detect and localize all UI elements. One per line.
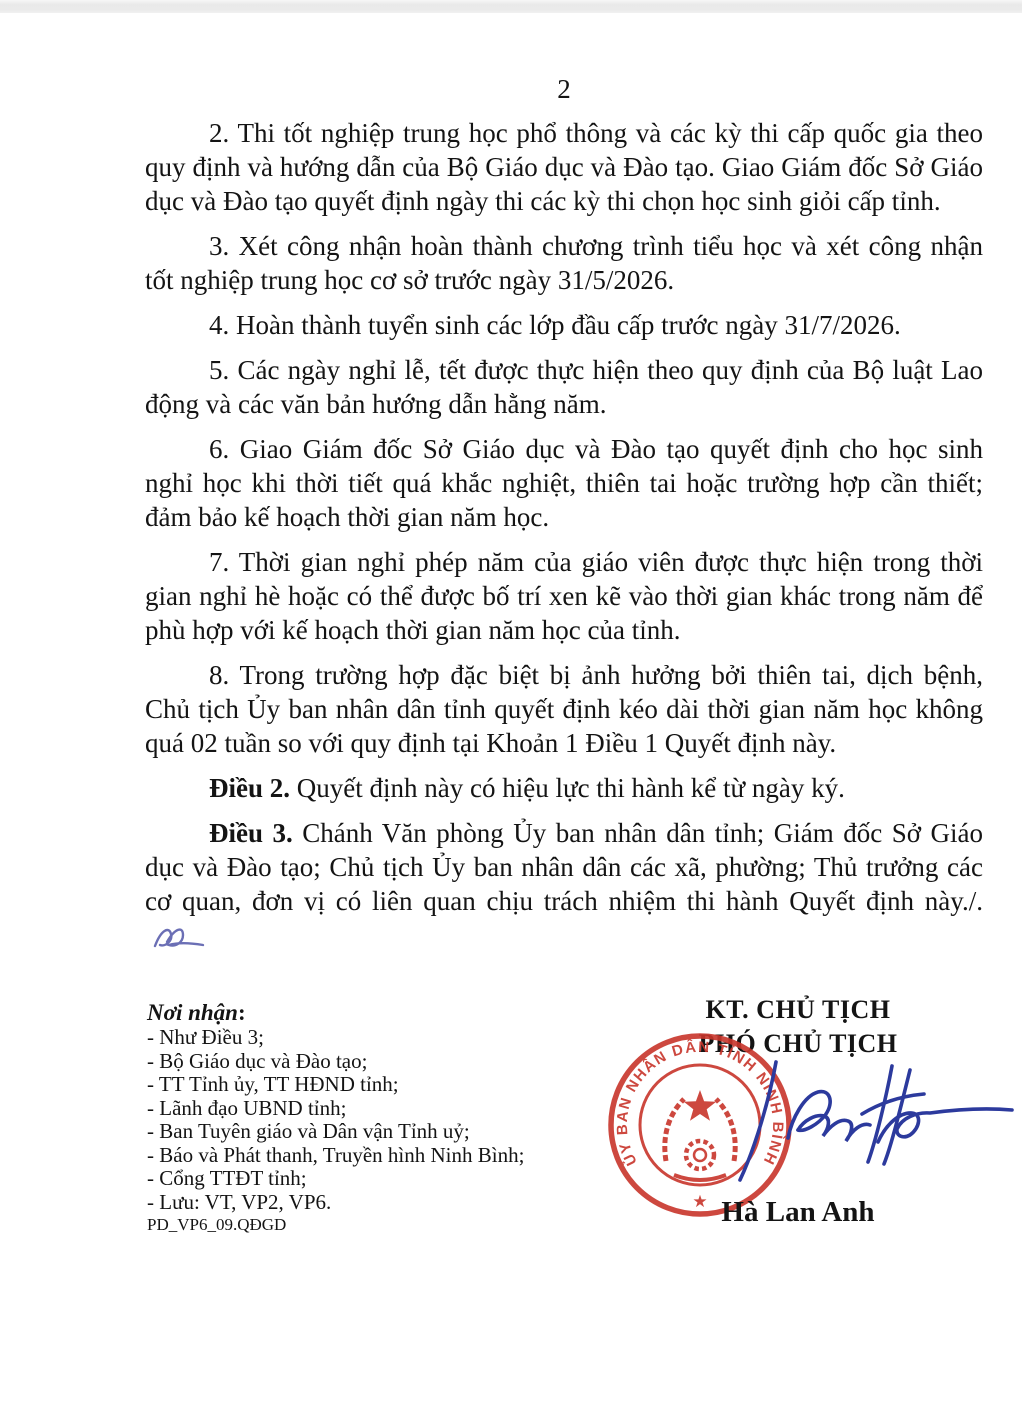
- document-body: 2 2. Thi tốt nghiệp trung học phổ thông …: [145, 73, 983, 952]
- article-3: Điều 3. Chánh Văn phòng Ủy ban nhân dân …: [145, 816, 983, 952]
- article-2: Điều 2. Quyết định này có hiệu lực thi h…: [145, 771, 983, 805]
- recipients-block: Nơi nhận: - Như Điều 3; - Bộ Giáo dục và…: [147, 994, 592, 1274]
- signer-position-line1: KT. CHỦ TỊCH: [592, 994, 1004, 1026]
- paragraph-5: 5. Các ngày nghỉ lễ, tết được thực hiện …: [145, 353, 983, 421]
- recipient-item: - Bộ Giáo dục và Đào tạo;: [147, 1050, 592, 1074]
- article-3-lead: Điều 3.: [209, 818, 293, 848]
- paragraph-7: 7. Thời gian nghỉ phép năm của giáo viên…: [145, 545, 983, 647]
- article-2-text: Quyết định này có hiệu lực thi hành kể t…: [290, 773, 845, 803]
- recipient-item: - TT Tỉnh ủy, TT HĐND tỉnh;: [147, 1073, 592, 1097]
- paragraph-8: 8. Trong trường hợp đặc biệt bị ảnh hưởn…: [145, 658, 983, 760]
- recipients-title: Nơi nhận:: [147, 1000, 592, 1026]
- paragraph-6: 6. Giao Giám đốc Sở Giáo dục và Đào tạo …: [145, 432, 983, 534]
- paragraph-2: 2. Thi tốt nghiệp trung học phổ thông và…: [145, 116, 983, 218]
- signer-name: Hà Lan Anh: [592, 1196, 1004, 1229]
- paragraph-4: 4. Hoàn thành tuyển sinh các lớp đầu cấp…: [145, 308, 983, 342]
- document-page: { "page": { "number": "2" }, "body": { "…: [0, 0, 1022, 1418]
- page-number: 2: [145, 73, 983, 105]
- recipient-item: - Cổng TTĐT tỉnh;: [147, 1167, 592, 1191]
- top-scan-bar: [0, 0, 1022, 13]
- paraph-initials-icon: [147, 922, 205, 950]
- signature-block: KT. CHỦ TỊCH PHÓ CHỦ TỊCH ỦY BAN NHÂN DÂ…: [592, 994, 1004, 1274]
- recipients-title-text: Nơi nhận: [147, 1000, 238, 1025]
- handwritten-signature-icon: [640, 1056, 1020, 1186]
- document-footer: Nơi nhận: - Như Điều 3; - Bộ Giáo dục và…: [147, 994, 1004, 1274]
- recipient-item: - Ban Tuyên giáo và Dân vận Tỉnh uỷ;: [147, 1120, 592, 1144]
- recipient-item: - Báo và Phát thanh, Truyền hình Ninh Bì…: [147, 1144, 592, 1168]
- document-code: PD_VP6_09.QĐGD: [147, 1215, 592, 1235]
- recipient-item: - Lưu: VT, VP2, VP6.: [147, 1191, 592, 1215]
- paragraph-3: 3. Xét công nhận hoàn thành chương trình…: [145, 229, 983, 297]
- recipient-item: - Như Điều 3;: [147, 1026, 592, 1050]
- recipient-item: - Lãnh đạo UBND tỉnh;: [147, 1097, 592, 1121]
- recipients-title-colon: :: [238, 1000, 246, 1025]
- article-2-lead: Điều 2.: [209, 773, 290, 803]
